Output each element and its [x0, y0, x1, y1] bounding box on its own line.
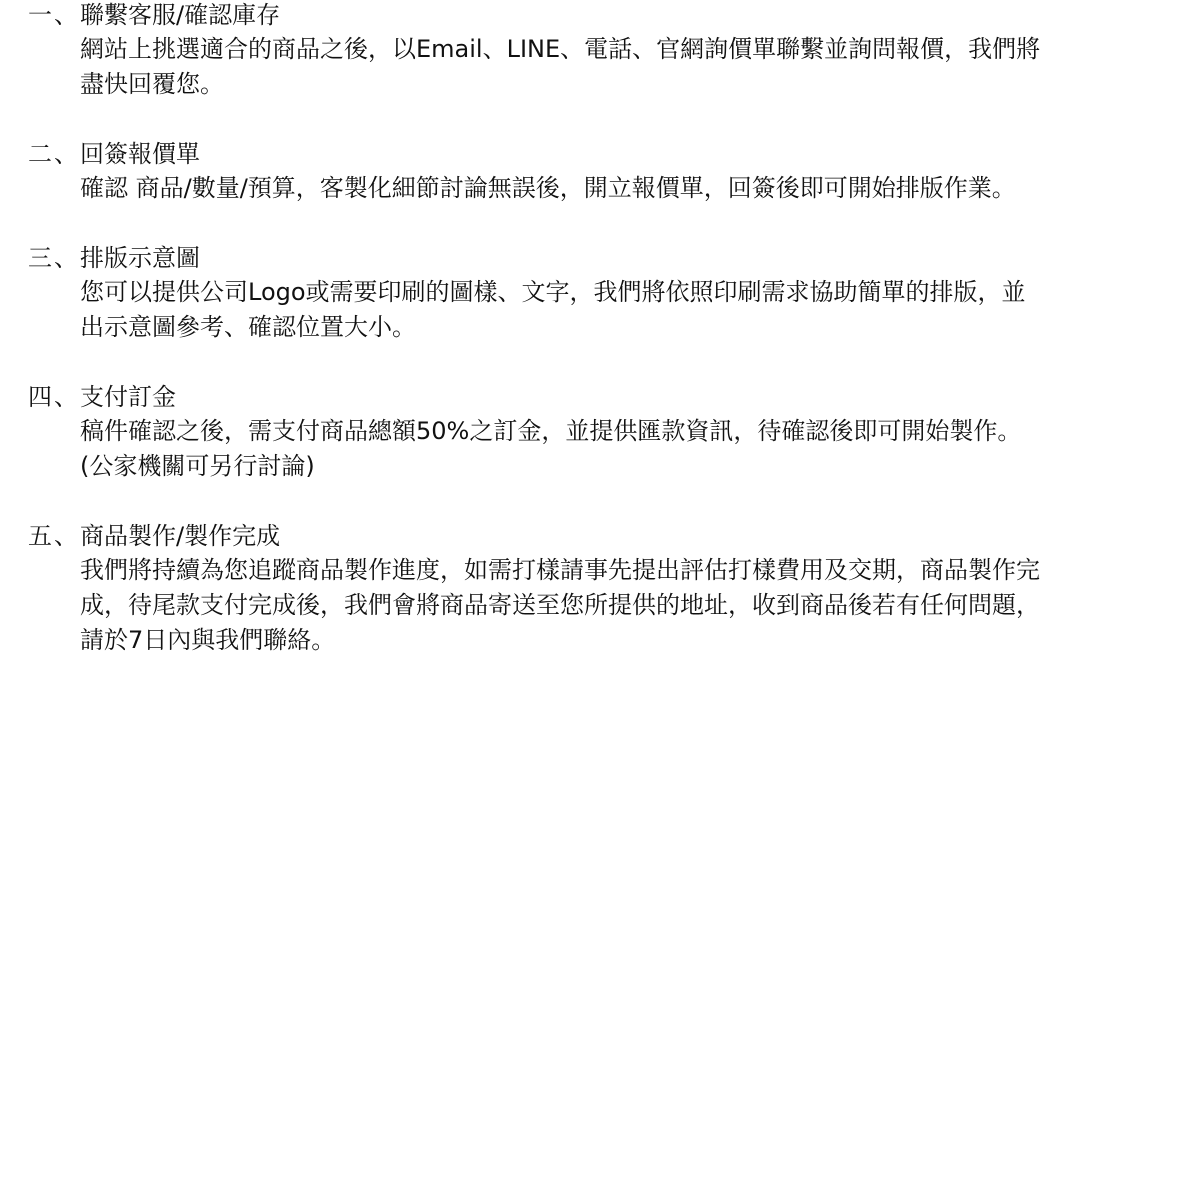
description-line: 確認 商品/數量/預算，客製化細節討論無誤後，開立報價單，回簽後即可開始排版作業… — [80, 171, 1158, 206]
step-number: 四 — [28, 380, 54, 414]
step-title-text: 商品製作/製作完成 — [80, 522, 280, 550]
step-title-text: 支付訂金 — [80, 383, 176, 411]
step-4: 四、支付訂金 稿件確認之後，需支付商品總額50%之訂金，並提供匯款資訊，待確認後… — [28, 380, 1158, 484]
description-line: 出示意圖參考、確認位置大小。 — [80, 310, 1158, 345]
step-separator: 、 — [54, 0, 80, 32]
step-description: 稿件確認之後，需支付商品總額50%之訂金，並提供匯款資訊，待確認後即可開始製作。… — [28, 414, 1158, 484]
description-line: 網站上挑選適合的商品之後，以Email、LINE、電話、官網詢價單聯繫並詢問報價… — [80, 32, 1158, 67]
step-title: 五、商品製作/製作完成 — [28, 519, 1158, 553]
description-line: 您可以提供公司Logo或需要印刷的圖樣、文字，我們將依照印刷需求協助簡單的排版，… — [80, 275, 1158, 310]
step-5: 五、商品製作/製作完成 我們將持續為您追蹤商品製作進度，如需打樣請事先提出評估打… — [28, 519, 1158, 658]
step-description: 您可以提供公司Logo或需要印刷的圖樣、文字，我們將依照印刷需求協助簡單的排版，… — [28, 275, 1158, 345]
step-separator: 、 — [54, 137, 80, 171]
step-1: 一、聯繫客服/確認庫存 網站上挑選適合的商品之後，以Email、LINE、電話、… — [28, 0, 1158, 102]
step-3: 三、排版示意圖 您可以提供公司Logo或需要印刷的圖樣、文字，我們將依照印刷需求… — [28, 241, 1158, 345]
step-description: 確認 商品/數量/預算，客製化細節討論無誤後，開立報價單，回簽後即可開始排版作業… — [28, 171, 1158, 206]
spacer — [28, 206, 1158, 243]
step-title-text: 回簽報價單 — [80, 140, 200, 168]
description-line: 盡快回覆您。 — [80, 67, 1158, 102]
step-number: 一 — [28, 0, 54, 32]
step-title: 一、聯繫客服/確認庫存 — [28, 0, 1158, 32]
spacer — [28, 484, 1158, 521]
step-description: 我們將持續為您追蹤商品製作進度，如需打樣請事先提出評估打樣費用及交期，商品製作完… — [28, 553, 1158, 658]
spacer — [28, 345, 1158, 382]
ordering-process-steps: 一、聯繫客服/確認庫存 網站上挑選適合的商品之後，以Email、LINE、電話、… — [28, 0, 1158, 658]
description-line: 請於7日內與我們聯絡。 — [80, 623, 1158, 658]
description-line: 稿件確認之後，需支付商品總額50%之訂金，並提供匯款資訊，待確認後即可開始製作。 — [80, 414, 1158, 449]
description-line: (公家機關可另行討論) — [80, 449, 1158, 484]
spacer — [28, 102, 1158, 139]
step-number: 三 — [28, 241, 54, 275]
description-line: 我們將持續為您追蹤商品製作進度，如需打樣請事先提出評估打樣費用及交期，商品製作完 — [80, 553, 1158, 588]
step-2: 二、回簽報價單 確認 商品/數量/預算，客製化細節討論無誤後，開立報價單，回簽後… — [28, 137, 1158, 206]
step-separator: 、 — [54, 380, 80, 414]
description-line: 成，待尾款支付完成後，我們會將商品寄送至您所提供的地址，收到商品後若有任何問題， — [80, 588, 1158, 623]
step-title: 二、回簽報價單 — [28, 137, 1158, 171]
step-number: 五 — [28, 519, 54, 553]
step-title: 四、支付訂金 — [28, 380, 1158, 414]
step-separator: 、 — [54, 241, 80, 275]
step-title-text: 排版示意圖 — [80, 244, 200, 272]
step-description: 網站上挑選適合的商品之後，以Email、LINE、電話、官網詢價單聯繫並詢問報價… — [28, 32, 1158, 102]
step-title: 三、排版示意圖 — [28, 241, 1158, 275]
step-number: 二 — [28, 137, 54, 171]
step-separator: 、 — [54, 519, 80, 553]
step-title-text: 聯繫客服/確認庫存 — [80, 1, 280, 29]
